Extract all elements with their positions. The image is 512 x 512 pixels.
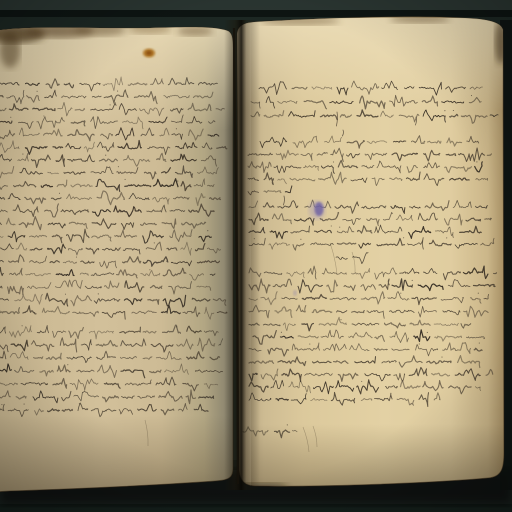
manuscript-photo bbox=[0, 0, 512, 512]
photo-vignette bbox=[0, 0, 512, 512]
book-render bbox=[0, 0, 512, 512]
